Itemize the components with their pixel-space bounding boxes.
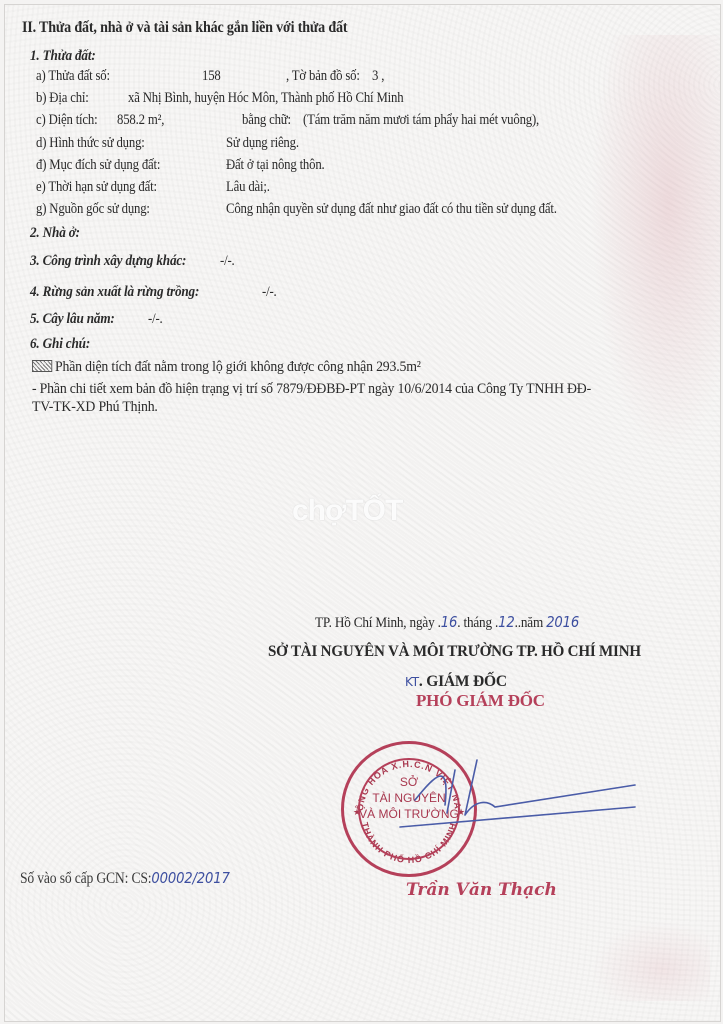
purpose-label: đ) Mục đích sử dụng đất: [36, 156, 160, 174]
use-form-value: Sử dụng riêng. [226, 134, 299, 152]
perennial-heading: 5. Cây lâu năm: [30, 310, 115, 328]
address-value: xã Nhị Bình, huyện Hóc Môn, Thành phố Hồ… [128, 89, 403, 107]
origin-label: g) Nguồn gốc sử dụng: [36, 200, 150, 218]
notes-heading: 6. Ghi chú: [30, 335, 90, 353]
map-sheet-label: , Tờ bản đồ số: [286, 67, 360, 85]
forest-heading: 4. Rừng sản xuất là rừng trồng: [30, 283, 199, 301]
year-handwritten: 2016 [546, 613, 579, 631]
director-title: KT. GIÁM ĐỐC [405, 673, 507, 691]
background-seal-pattern [590, 35, 720, 455]
kt-handwritten: KT [405, 675, 419, 689]
month-handwritten: 12 [498, 613, 514, 631]
parcel-value: 158 [202, 67, 221, 85]
area-label: c) Diện tích: [36, 111, 97, 129]
chotot-watermark: chợTỐT [292, 494, 402, 528]
section-title: II. Thửa đất, nhà ở và tài sản khác gắn … [22, 19, 347, 37]
signature-mark [395, 745, 645, 845]
signing-date-line: TP. Hồ Chí Minh, ngày .16. tháng .12..nă… [315, 613, 579, 632]
other-construction-heading: 3. Công trình xây dựng khác: [30, 252, 186, 270]
term-label: e) Thời hạn sử dụng đất: [36, 178, 157, 196]
hatched-area-legend-icon [32, 360, 52, 372]
area-words-label: bằng chữ: [242, 111, 291, 129]
use-form-label: d) Hình thức sử dụng: [36, 134, 145, 152]
notes-line-3: TV-TK-XD Phú Thịnh. [32, 398, 158, 416]
background-seal-pattern-bottom [590, 921, 710, 1001]
registry-number: Số vào sổ cấp GCN: CS:00002/2017 [20, 869, 230, 888]
notes-line-1: Phần diện tích đất nằm trong lộ giới khô… [32, 358, 421, 376]
perennial-value: -/-. [148, 310, 163, 328]
issuing-organization: SỞ TÀI NGUYÊN VÀ MÔI TRƯỜNG TP. HỒ CHÍ M… [268, 643, 641, 661]
term-value: Lâu dài;. [226, 178, 270, 196]
purpose-value: Đất ở tại nông thôn. [226, 156, 325, 174]
forest-value: -/-. [262, 283, 277, 301]
notes-line-2: - Phần chi tiết xem bản đồ hiện trạng vị… [32, 380, 591, 398]
deputy-director-title: PHÓ GIÁM ĐỐC [416, 692, 545, 710]
day-handwritten: 16 [441, 613, 457, 631]
area-value: 858.2 m², [117, 111, 164, 129]
area-words-value: (Tám trăm năm mươi tám phẩy hai mét vuôn… [303, 111, 539, 129]
address-label: b) Địa chỉ: [36, 89, 89, 107]
signer-name: Trần Văn Thạch [406, 880, 557, 900]
land-heading: 1. Thửa đất: [30, 47, 96, 65]
parcel-label: a) Thửa đất số: [36, 67, 110, 85]
registry-number-handwritten: 00002/2017 [151, 869, 229, 887]
house-heading: 2. Nhà ở: [30, 224, 80, 242]
origin-value: Công nhận quyền sử dụng đất như giao đất… [226, 200, 557, 218]
other-construction-value: -/-. [220, 252, 235, 270]
map-sheet-value: 3 , [372, 67, 384, 85]
